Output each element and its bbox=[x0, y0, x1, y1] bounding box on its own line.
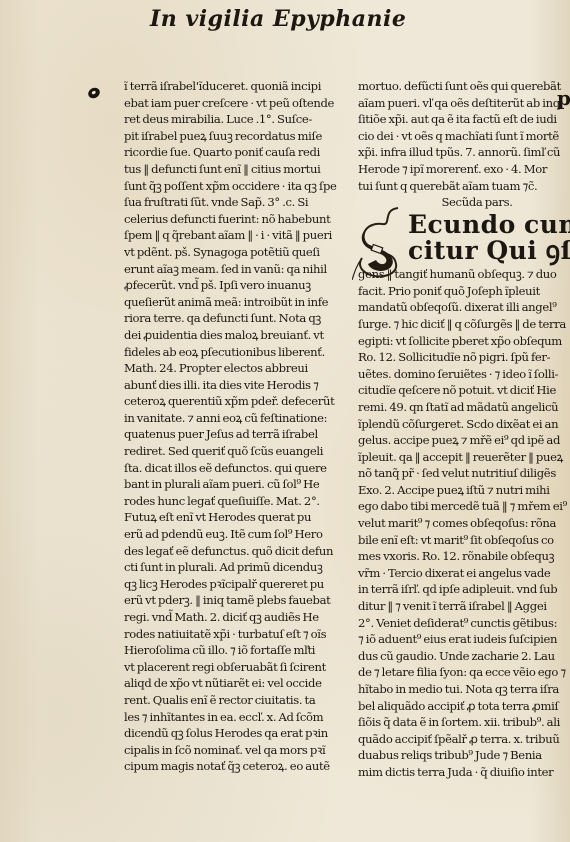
right-column: mortuo. defũcti ſunt oẽs qui querebãtaĩa… bbox=[358, 78, 558, 781]
text-line: rodes hunc legať queſiuiſſe. Mat. 2°. bbox=[124, 493, 342, 510]
text-line: rodes natiuitatẽ xp̃i · turbatuſ eſt ⁊ o… bbox=[124, 626, 342, 643]
text-line: ſiõis q̃ data ẽ in ſortem. xii. tribub⁹.… bbox=[358, 714, 558, 731]
text-line: ricordie ſue. Quarto poniť cauſa redi bbox=[124, 144, 342, 161]
text-line: cti ſunt in plurali. Ad primũ dicenduꝫ bbox=[124, 559, 342, 576]
text-line: quãdo accipiť ſpẽalř ꝓ terra. x. tribuũ bbox=[358, 731, 558, 748]
text-line: queſierũt animã meã: introibũt in infe bbox=[124, 294, 342, 311]
text-line: abunť dies illi. ita dies vite Herodis ⁊ bbox=[124, 377, 342, 394]
text-line: tui ſunt q querebãt aĩam tuam ⁊c̃. bbox=[358, 178, 558, 195]
text-line: qꝫ licꝫ Herodes pꝛĩcipalř quereret pu bbox=[124, 576, 342, 593]
text-line: hĩtabo in medio tui. Nota qꝫ terra iſra bbox=[358, 681, 558, 698]
running-head: In vigilia Epyphanie bbox=[150, 6, 410, 46]
text-line: quatenus puer Jeſus ad terrã iſrabel bbox=[124, 426, 342, 443]
text-line: ⁊ iõ aduent⁹ eius erat iudeis ſuſcipien bbox=[358, 631, 558, 648]
text-line: des legať eẽ defunctus. quõ dicit defun bbox=[124, 543, 342, 560]
text-line: ret deus mirabilia. Luce .1°. Suſce- bbox=[124, 111, 342, 128]
text-line: in vanitate. ⁊ anni eoꝝ cũ feſtinatione: bbox=[124, 410, 342, 427]
text-line: dei ꝓuidentia dies maloꝝ breuianť. vt bbox=[124, 327, 342, 344]
text-line: ceteroꝝ querentiũ xp̃m pdeř. defecerũt bbox=[124, 393, 342, 410]
text-line: cio dei · vt oẽs q machĩati ſunt ĩ mortẽ bbox=[358, 128, 558, 145]
text-line: mortuo. defũcti ſunt oẽs qui querebãt bbox=[358, 78, 558, 95]
text-line: Exo. 2. Accipe pueꝝ iſtũ ⁊ nutri mihi bbox=[358, 482, 558, 499]
text-line: dus cũ gaudio. Unde zacharie 2. Lau bbox=[358, 648, 558, 665]
text-line: fideles ab eoꝝ pſecutionibus liberenť. bbox=[124, 344, 342, 361]
text-line: duabus reliqs tribub⁹ Jude ⁊ Benia bbox=[358, 747, 558, 764]
text-line: ĩpleuit. qa ‖ accepit ‖ reuerẽter ‖ pueꝝ bbox=[358, 449, 558, 466]
margin-mark-left bbox=[86, 86, 101, 101]
text-line: regi. vnd̃ Math. 2. diciť qꝫ audiẽs He bbox=[124, 609, 342, 626]
text-line: vt placerent regi obſeruabãt ſi ſcirent bbox=[124, 659, 342, 676]
text-line: ſpem ‖ q q̃rebant aĩam ‖ · i · vitã ‖ pu… bbox=[124, 227, 342, 244]
text-line: uẽtes. domino ſeruiẽtes · ⁊ ideo ĩ ſolli… bbox=[358, 366, 558, 383]
text-line: Hieroſolima cũ illo. ⁊ iõ fortaſſe mľti bbox=[124, 642, 342, 659]
text-line: rediret. Sed queriť quõ ſcũs euangeli bbox=[124, 443, 342, 460]
text-line: ĩ terrã iſrabel'ĩduceret. quoniã incipi bbox=[124, 78, 342, 95]
text-line: tus ‖ defuncti ſunt enĩ ‖ citius mortui bbox=[124, 161, 342, 178]
text-line: ſunt q̃ꝫ poſſent xp̃m occidere · ita qꝫ … bbox=[124, 178, 342, 195]
text-line: erũ vt pderꝫ. ‖ iniq tamẽ plebs fauebat bbox=[124, 592, 342, 609]
text-line: ĩplendũ cõſurgeret. Scdo dixẽat ei an bbox=[358, 416, 558, 433]
text-line: ego dabo tibi mercedẽ tuã ‖ ⁊ mřem ei⁹ bbox=[358, 498, 558, 515]
text-line: vr̃m · Tercio dixerat ei angelus vade bbox=[358, 565, 558, 582]
text-line: pit iſrabel pueꝝ ſuuꝫ recordatus miſe bbox=[124, 128, 342, 145]
text-line: mim dictis terra Juda · q̃ diuiſio inter bbox=[358, 764, 558, 781]
text-line: erũ ad pdendũ euꝫ. Itẽ cum ſol⁹ Hero bbox=[124, 526, 342, 543]
text-line: facit. Prio poniť quõ Joſeph ĩpleuit bbox=[358, 283, 558, 300]
text-line: bant in plurali aĩam pueri. cũ ſol⁹ He bbox=[124, 476, 342, 493]
text-line: mes vxoris. Ro. 12. rõnabile obſequꝫ bbox=[358, 548, 558, 565]
text-line: de ⁊ letare filia ſyon: qa ecce vẽio ego… bbox=[358, 664, 558, 681]
text-line: remi. 49. qn ſtatĩ ad mãdatũ angelicũ bbox=[358, 399, 558, 416]
text-line: cipalis in ſcõ nominať. vel qa mors pꝛĩ bbox=[124, 742, 342, 759]
text-line: dicendũ qꝫ ſolus Herodes qa erat pꝛin bbox=[124, 725, 342, 742]
text-line: vt pdẽnt. pš. Synagoga potẽtiũ queſi bbox=[124, 244, 342, 261]
text-line: Math. 24. Propter electos abbreui bbox=[124, 360, 342, 377]
text-line: erunt aĩaꝫ meam. ſed in vanũ: qa nihil bbox=[124, 261, 342, 278]
book-page: In vigilia Epyphanie p ĩ terrã iſrabel'ĩ… bbox=[0, 0, 570, 842]
text-line: ſitiõe xp̃i. aut qa ẽ ita factũ eſt de i… bbox=[358, 111, 558, 128]
text-line: citudĩe qeſcere nõ potuit. vt diciť Hie bbox=[358, 382, 558, 399]
text-line: les ⁊ inhĩtantes in ea. eccľ. x. Ad ſcõm bbox=[124, 709, 342, 726]
text-line: ſurge. ⁊ hic diciť ‖ q cõſurgẽs ‖ de ter… bbox=[358, 316, 558, 333]
text-line: in terrã iſrľ. qd ipſe adipleuit. vnd ſu… bbox=[358, 581, 558, 598]
text-line: gelus. accipe pueꝝ ⁊ mřẽ ei⁹ qd ipẽ ad bbox=[358, 432, 558, 449]
text-line: ſta. dicat illos eẽ defunctos. qui quere bbox=[124, 460, 342, 477]
text-line: Ro. 12. Sollicitudĩe nõ pigri. ſpũ fer- bbox=[358, 349, 558, 366]
text-line: bel aliquãdo accipiť ꝓ tota terra ꝓmiſ bbox=[358, 698, 558, 715]
text-line: nõ tanq̃ pr̃ · ſed velut nutritiuſ dilig… bbox=[358, 465, 558, 482]
text-line: cipum magis notať q̃ꝫ ceteroꝝ. eo autẽ bbox=[124, 758, 342, 775]
text-line: Herode ⁊ ipĩ morerenť. exo · 4. Mor bbox=[358, 161, 558, 178]
text-line: ebat iam puer creſcere · vt peũ oſtende bbox=[124, 95, 342, 112]
text-line: riora terre. qa defuncti ſunt. Nota qꝫ bbox=[124, 310, 342, 327]
text-line: bile enĩ eſt: vt marit⁹ ſit obſeqoſus co bbox=[358, 532, 558, 549]
text-line: rent. Qualis enĩ ẽ rector ciuitatis. ta bbox=[124, 692, 342, 709]
text-line: aĩam pueri. vľ qa oẽs deſtiterũt ab inq bbox=[358, 95, 558, 112]
decorated-initial-s-icon bbox=[352, 206, 410, 280]
left-column: ĩ terrã iſrabel'ĩduceret. quoniã incipie… bbox=[124, 78, 342, 775]
text-line: egipti: vt ſollicite pberet xp̃o obſequm bbox=[358, 333, 558, 350]
text-line: aliqd de xp̃o vt nũtiarẽt ei: vel occide bbox=[124, 675, 342, 692]
text-line: celerius defuncti fuerint: nõ habebunt bbox=[124, 211, 342, 228]
initial-block: Ecundo cum di citur Qui ꝯſur bbox=[358, 212, 558, 264]
text-line: xp̃i. infra illud tpũs. 7. annorũ. ſimľ … bbox=[358, 144, 558, 161]
text-line: mandatũ obſeqoſũ. dixerat illi angel⁹ bbox=[358, 299, 558, 316]
text-line: ſua fruſtrati ſũt. vnde Sap̃. 3° .c. Si bbox=[124, 194, 342, 211]
text-line: ꝓfecerũt. vnd̃ pš. Ipſi vero inuanuꝫ bbox=[124, 277, 342, 294]
text-line: velut marit⁹ ⁊ comes obſeqoſus: rõna bbox=[358, 515, 558, 532]
text-line: 2°. Veniet deſiderat⁹ cunctis gẽtibus: bbox=[358, 615, 558, 632]
text-line: ditur ‖ ⁊ venit ĩ terrã iſrabel ‖ Aggei bbox=[358, 598, 558, 615]
text-line: Futuꝝ eſt enĩ vt Herodes querat pu bbox=[124, 509, 342, 526]
